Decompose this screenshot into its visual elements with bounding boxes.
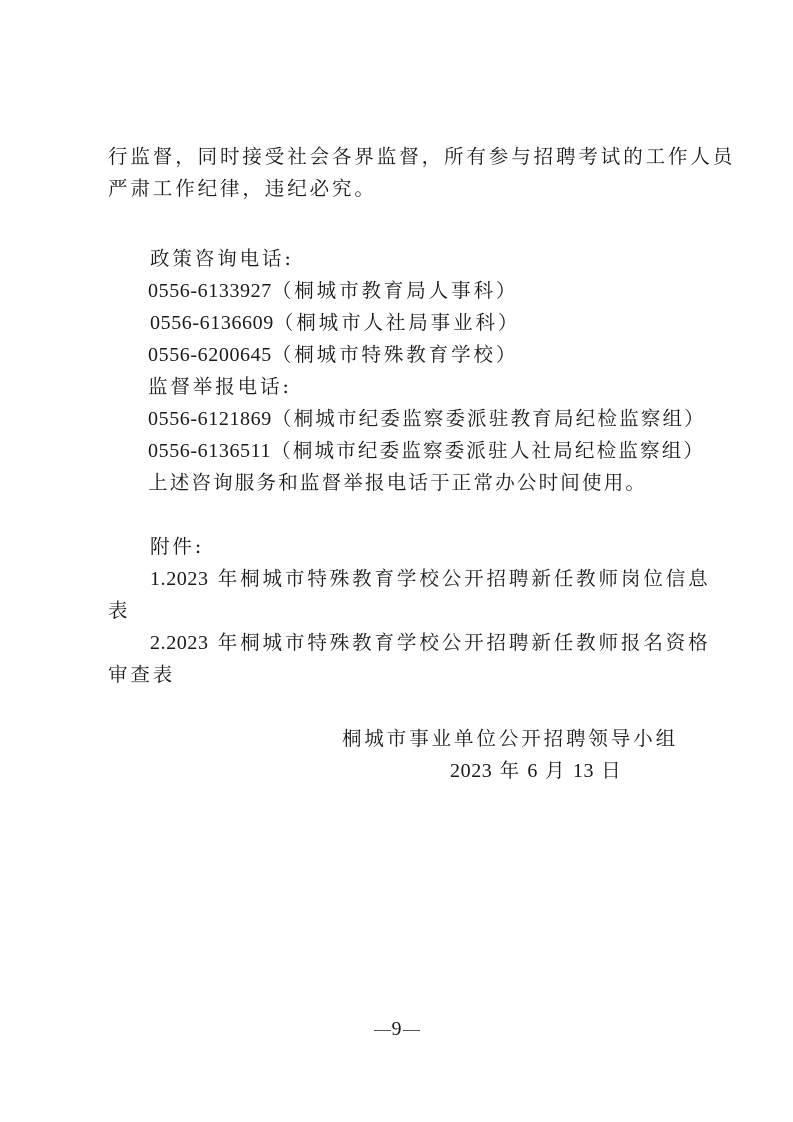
- page-footer: 9: [0, 1017, 793, 1041]
- phone-number: 0556-6136511: [148, 440, 271, 462]
- attachment-item-2: 2.2023 年桐城市特殊教育学校公开招聘新任教师报名资格: [150, 631, 711, 655]
- date-day-unit: 日: [601, 759, 622, 782]
- document-page: 行监督，同时接受社会各界监督，所有参与招聘考试的工作人员 严肃工作纪律，违纪必究…: [0, 0, 793, 1122]
- date-year-unit: 年: [500, 759, 521, 782]
- policy-hotline-entry: 0556-6133927（桐城市教育局人事科）: [148, 279, 518, 303]
- attachment-item-1-cont: 表: [108, 599, 130, 623]
- page-number: 9: [392, 1018, 402, 1040]
- phone-number: 0556-6136609: [150, 312, 274, 334]
- dash-right: [403, 1030, 420, 1031]
- signature-organization: 桐城市事业单位公开招聘领导小组: [342, 727, 678, 751]
- phone-number: 0556-6121869: [148, 408, 272, 430]
- paragraph-line-1: 行监督，同时接受社会各界监督，所有参与招聘考试的工作人员: [108, 145, 735, 169]
- date-month-unit: 月: [545, 759, 566, 782]
- date-day: 13: [573, 760, 594, 782]
- attachment-number: 1.2023: [150, 568, 209, 590]
- attachment-title: 年桐城市特殊教育学校公开招聘新任教师岗位信息: [218, 567, 711, 590]
- attachment-number: 2.2023: [150, 632, 209, 654]
- policy-hotline-entry: 0556-6136609（桐城市人社局事业科）: [150, 311, 520, 335]
- signature-date: 2023 年 6 月 13 日: [450, 759, 622, 783]
- supervision-hotline-entry: 0556-6136511（桐城市纪委监察委派驻人社局纪检监察组）: [148, 439, 705, 463]
- phone-number: 0556-6133927: [148, 280, 272, 302]
- phone-number: 0556-6200645: [148, 344, 272, 366]
- attachment-item-1: 1.2023 年桐城市特殊教育学校公开招聘新任教师岗位信息: [150, 567, 711, 591]
- policy-hotline-heading: 政策咨询电话:: [150, 247, 294, 271]
- attachment-item-2-cont: 审查表: [108, 663, 175, 687]
- phone-org: （桐城市特殊教育学校）: [272, 343, 518, 366]
- hotline-usage-note: 上述咨询服务和监督举报电话于正常办公时间使用。: [148, 471, 647, 495]
- supervision-hotline-heading: 监督举报电话:: [148, 375, 292, 399]
- attachments-heading: 附件:: [150, 535, 204, 559]
- supervision-hotline-entry: 0556-6121869（桐城市纪委监察委派驻教育局纪检监察组）: [148, 407, 706, 431]
- phone-org: （桐城市教育局人事科）: [272, 279, 518, 302]
- policy-hotline-entry: 0556-6200645（桐城市特殊教育学校）: [148, 343, 518, 367]
- date-month: 6: [527, 760, 538, 782]
- dash-left: [374, 1030, 391, 1031]
- phone-org: （桐城市纪委监察委派驻教育局纪检监察组）: [272, 407, 706, 430]
- date-year: 2023: [450, 760, 492, 782]
- phone-org: （桐城市纪委监察委派驻人社局纪检监察组）: [271, 439, 705, 462]
- phone-org: （桐城市人社局事业科）: [274, 311, 520, 334]
- attachment-title: 年桐城市特殊教育学校公开招聘新任教师报名资格: [218, 631, 711, 654]
- paragraph-line-2: 严肃工作纪律，违纪必究。: [108, 177, 377, 201]
